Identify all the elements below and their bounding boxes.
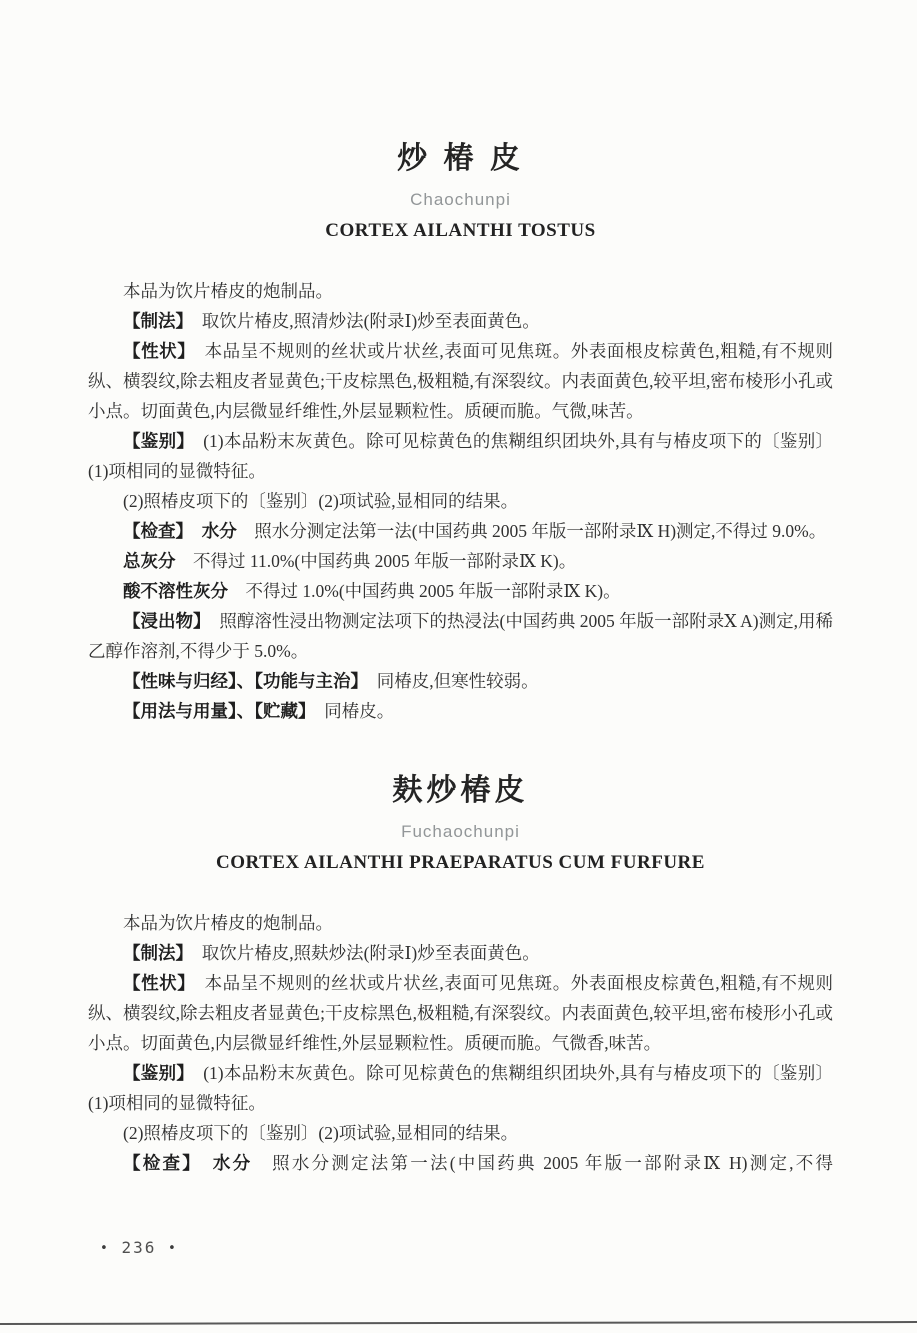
paragraph: 本品为饮片椿皮的炮制品。 xyxy=(88,908,833,938)
body-text: 本品为饮片椿皮的炮制品。 xyxy=(123,913,333,933)
paragraph: 酸不溶性灰分 不得过 1.0%(中国药典 2005 年版一部附录Ⅸ K)。 xyxy=(88,576,833,606)
article-body: 本品为饮片椿皮的炮制品。【制法】 取饮片椿皮,照清炒法(附录Ⅰ)炒至表面黄色。【… xyxy=(88,276,833,726)
page-number-footer: • 236 • xyxy=(100,1238,178,1257)
body-text: 照水分测定法第一法(中国药典 2005 年版一部附录Ⅸ H)测定,不得过 9.0… xyxy=(237,521,827,541)
article-title-pinyin: Chaochunpi xyxy=(88,188,833,212)
page-content: 炒 椿 皮 Chaochunpi CORTEX AILANTHI TOSTUS … xyxy=(88,0,833,1178)
monograph-chaochunpi: 炒 椿 皮 Chaochunpi CORTEX AILANTHI TOSTUS … xyxy=(88,140,833,726)
footer-right-dot: • xyxy=(168,1241,178,1256)
paragraph: 【浸出物】 照醇溶性浸出物测定法项下的热浸法(中国药典 2005 年版一部附录Ⅹ… xyxy=(88,606,833,666)
paragraph: 【性味与归经】、【功能与主治】 同椿皮,但寒性较弱。 xyxy=(88,666,833,696)
article-header: 麸炒椿皮 Fuchaochunpi CORTEX AILANTHI PRAEPA… xyxy=(88,772,833,876)
body-text: 照水分测定法第一法(中国药典 2005 年版一部附录Ⅸ H)测定,不得 xyxy=(252,1153,833,1173)
section-label: 酸不溶性灰分 xyxy=(123,581,228,601)
section-label: 【性状】 xyxy=(123,341,187,361)
section-label: 总灰分 xyxy=(123,551,176,571)
section-label: 【检查】 xyxy=(123,521,184,541)
section-label: 【制法】 xyxy=(123,943,184,963)
article-title-chinese: 炒 椿 皮 xyxy=(88,140,833,178)
article-title-latin: CORTEX AILANTHI TOSTUS xyxy=(88,218,833,244)
monograph-fuchaochunpi: 麸炒椿皮 Fuchaochunpi CORTEX AILANTHI PRAEPA… xyxy=(88,772,833,1178)
body-text: 取饮片椿皮,照清炒法(附录Ⅰ)炒至表面黄色。 xyxy=(184,311,539,331)
footer-left-dot: • xyxy=(100,1241,110,1256)
body-text: 同椿皮。 xyxy=(307,701,395,721)
body-text: (1)本品粉末灰黄色。除可见棕黄色的焦糊组织团块外,具有与椿皮项下的〔鉴别〕(1… xyxy=(88,1063,833,1113)
paragraph: 【用法与用量】、【贮藏】 同椿皮。 xyxy=(88,696,833,726)
body-text: (2)照椿皮项下的〔鉴别〕(2)项试验,显相同的结果。 xyxy=(123,1123,518,1143)
section-label: 【浸出物】 xyxy=(123,611,202,631)
paragraph: 【制法】 取饮片椿皮,照麸炒法(附录Ⅰ)炒至表面黄色。 xyxy=(88,938,833,968)
paragraph: 【性状】 本品呈不规则的丝状或片状丝,表面可见焦斑。外表面根皮棕黄色,粗糙,有不… xyxy=(88,336,833,426)
article-title-chinese: 麸炒椿皮 xyxy=(88,772,833,810)
section-label: 【用法与用量】、【贮藏】 xyxy=(123,701,307,721)
body-text: 取饮片椿皮,照麸炒法(附录Ⅰ)炒至表面黄色。 xyxy=(184,943,539,963)
paragraph: 【检查】 水分 照水分测定法第一法(中国药典 2005 年版一部附录Ⅸ H)测定… xyxy=(88,1148,833,1178)
section-label: 【鉴别】 xyxy=(123,1063,185,1083)
paragraph: 【制法】 取饮片椿皮,照清炒法(附录Ⅰ)炒至表面黄色。 xyxy=(88,306,833,336)
body-text: (1)本品粉末灰黄色。除可见棕黄色的焦糊组织团块外,具有与椿皮项下的〔鉴别〕(1… xyxy=(88,431,833,481)
paragraph: 【性状】 本品呈不规则的丝状或片状丝,表面可见焦斑。外表面根皮棕黄色,粗糙,有不… xyxy=(88,968,833,1058)
section-label: 【制法】 xyxy=(123,311,184,331)
paragraph: (2)照椿皮项下的〔鉴别〕(2)项试验,显相同的结果。 xyxy=(88,486,833,516)
page-number: 236 xyxy=(121,1238,156,1257)
section-label: 【鉴别】 xyxy=(123,431,185,451)
body-text: 不得过 1.0%(中国药典 2005 年版一部附录Ⅸ K)。 xyxy=(228,581,621,601)
body-text: 不得过 11.0%(中国药典 2005 年版一部附录Ⅸ K)。 xyxy=(176,551,577,571)
article-body: 本品为饮片椿皮的炮制品。【制法】 取饮片椿皮,照麸炒法(附录Ⅰ)炒至表面黄色。【… xyxy=(88,908,833,1178)
body-text xyxy=(193,1153,213,1173)
section-label: 【检查】 xyxy=(123,1153,193,1173)
paragraph: (2)照椿皮项下的〔鉴别〕(2)项试验,显相同的结果。 xyxy=(88,1118,833,1148)
paragraph: 本品为饮片椿皮的炮制品。 xyxy=(88,276,833,306)
body-text: 本品呈不规则的丝状或片状丝,表面可见焦斑。外表面根皮棕黄色,粗糙,有不规则纵、横… xyxy=(88,341,833,421)
article-title-pinyin: Fuchaochunpi xyxy=(88,820,833,844)
section-label: 水分 xyxy=(202,521,237,541)
pharmacopoeia-page: 炒 椿 皮 Chaochunpi CORTEX AILANTHI TOSTUS … xyxy=(0,0,917,1333)
paragraph: 总灰分 不得过 11.0%(中国药典 2005 年版一部附录Ⅸ K)。 xyxy=(88,546,833,576)
scan-edge-line xyxy=(0,1321,917,1325)
body-text: 本品呈不规则的丝状或片状丝,表面可见焦斑。外表面根皮棕黄色,粗糙,有不规则纵、横… xyxy=(88,973,833,1053)
body-text: (2)照椿皮项下的〔鉴别〕(2)项试验,显相同的结果。 xyxy=(123,491,518,511)
body-text: 本品为饮片椿皮的炮制品。 xyxy=(123,281,333,301)
article-title-latin: CORTEX AILANTHI PRAEPARATUS CUM FURFURE xyxy=(88,850,833,876)
section-label: 【性状】 xyxy=(123,973,187,993)
paragraph: 【鉴别】 (1)本品粉末灰黄色。除可见棕黄色的焦糊组织团块外,具有与椿皮项下的〔… xyxy=(88,426,833,486)
article-header: 炒 椿 皮 Chaochunpi CORTEX AILANTHI TOSTUS xyxy=(88,140,833,244)
section-label: 水分 xyxy=(213,1153,252,1173)
paragraph: 【检查】 水分 照水分测定法第一法(中国药典 2005 年版一部附录Ⅸ H)测定… xyxy=(88,516,833,546)
section-label: 【性味与归经】、【功能与主治】 xyxy=(123,671,359,691)
paragraph: 【鉴别】 (1)本品粉末灰黄色。除可见棕黄色的焦糊组织团块外,具有与椿皮项下的〔… xyxy=(88,1058,833,1118)
body-text xyxy=(184,521,202,541)
body-text: 同椿皮,但寒性较弱。 xyxy=(359,671,538,691)
